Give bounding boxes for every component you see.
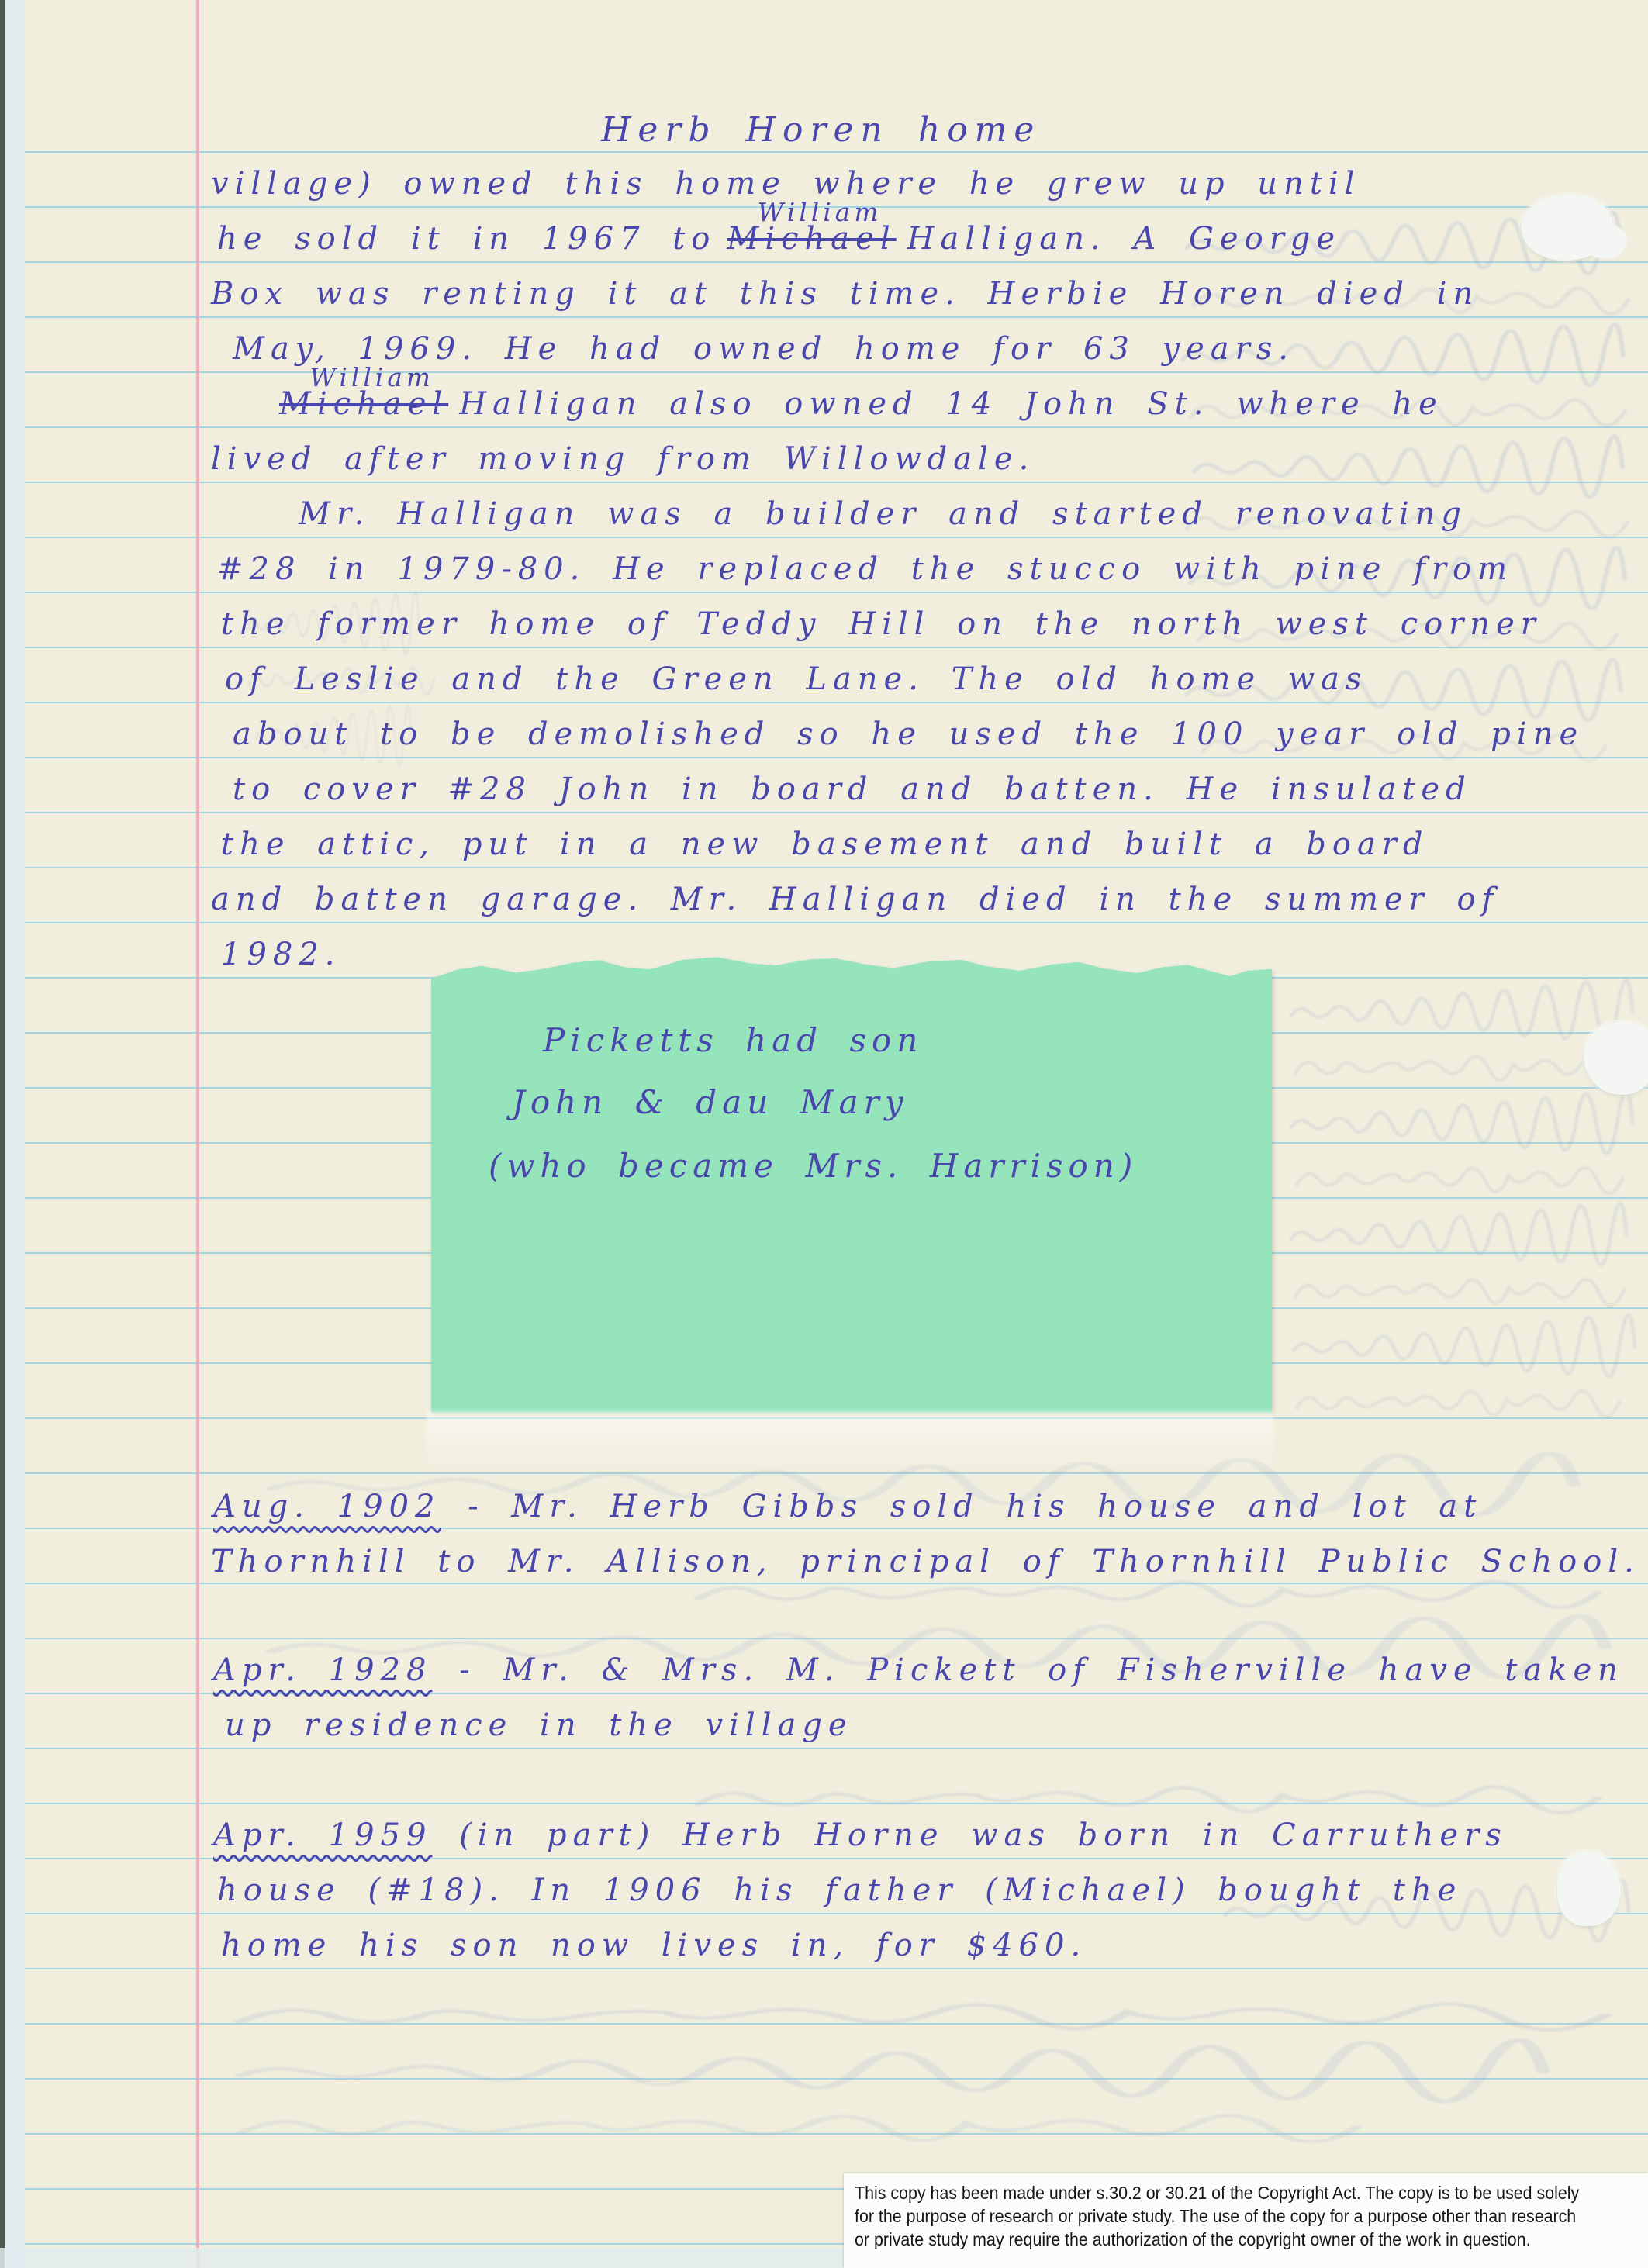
note-line: (who became Mrs. Harrison) [489,1148,1138,1185]
scanner-edge-strip-bottom [0,2248,845,2268]
copyright-line: for the purpose of research or private s… [855,2204,1592,2228]
glue-residue-band [427,1411,1273,1475]
correction-william-over-michael: WilliamMichael [727,221,896,257]
correction-william-over-michael: WilliamMichael [279,386,448,422]
handwritten-line: lived after moving from Willowdale. [211,441,1035,477]
handwritten-line: Box was renting it at this time. Herbie … [211,276,1479,312]
paper-damage-spot [1582,223,1627,259]
handwritten-line: WilliamMichaelHalligan also owned 14 Joh… [279,386,1443,422]
handwritten-line: of Leslie and the Green Lane. The old ho… [225,661,1367,697]
handwritten-line: about to be demolished so he used the 10… [233,716,1584,752]
correction-above-text: William [758,198,883,228]
correction-above-text: William [309,364,434,393]
handwritten-line: Mr. Halligan was a builder and started r… [299,496,1467,532]
copyright-line: This copy has been made under s.30.2 or … [855,2181,1592,2204]
paper-damage-spot [1557,1852,1621,1926]
handwritten-line: Apr. 1959 (in part) Herb Horne was born … [213,1818,1508,1853]
page-title: Herb Horen home [601,111,1041,150]
handwritten-line: village) owned this home where he grew u… [211,166,1360,202]
line-text: Halligan also owned 14 John St. where he [459,386,1443,422]
entry-date-aug-1902: Aug. 1902 [213,1489,441,1524]
handwritten-line: Aug. 1902 - Mr. Herb Gibbs sold his hous… [213,1489,1482,1524]
copyright-notice: This copy has been made under s.30.2 or … [844,2173,1648,2268]
handwritten-line: to cover #28 John in board and batten. H… [233,772,1472,807]
entry-date-apr-1959: Apr. 1959 [213,1818,432,1853]
note-line: Picketts had son [543,1022,923,1059]
scanned-notebook-page: Herb Horen home village) owned this home… [0,0,1648,2268]
green-paper-note: Picketts had son John & dau Mary (who be… [431,955,1272,1413]
copyright-line: or private study may require the authori… [855,2228,1592,2251]
handwritten-line: 1982. [221,937,341,972]
note-line: John & dau Mary [512,1084,909,1121]
line-text: (in part) Herb Horne was born in Carruth… [432,1818,1507,1853]
handwritten-line: #28 in 1979-80. He replaced the stucco w… [217,551,1513,587]
handwritten-line: up residence in the village [225,1707,853,1743]
scanner-edge-strip [5,0,25,2268]
line-text: Halligan. A George [907,221,1341,257]
handwritten-line: house (#18). In 1906 his father (Michael… [217,1873,1462,1908]
handwritten-line: home his son now lives in, for $460. [221,1928,1087,1963]
line-text: - Mr. & Mrs. M. Pickett of Fisherville h… [432,1652,1623,1688]
handwritten-line: May, 1969. He had owned home for 63 year… [233,331,1294,367]
handwritten-line: the attic, put in a new basement and bui… [221,827,1429,862]
entry-date-apr-1928: Apr. 1928 [213,1652,432,1688]
handwritten-line: and batten garage. Mr. Halligan died in … [211,882,1499,917]
handwritten-line: Apr. 1928 - Mr. & Mrs. M. Pickett of Fis… [213,1652,1624,1688]
handwritten-line: the former home of Teddy Hill on the nor… [221,606,1542,642]
line-text: - Mr. Herb Gibbs sold his house and lot … [441,1489,1482,1524]
handwritten-line: Thornhill to Mr. Allison, principal of T… [211,1544,1640,1579]
handwritten-line: he sold it in 1967 toWilliamMichaelHalli… [217,221,1341,257]
line-text: he sold it in 1967 to [217,221,716,257]
